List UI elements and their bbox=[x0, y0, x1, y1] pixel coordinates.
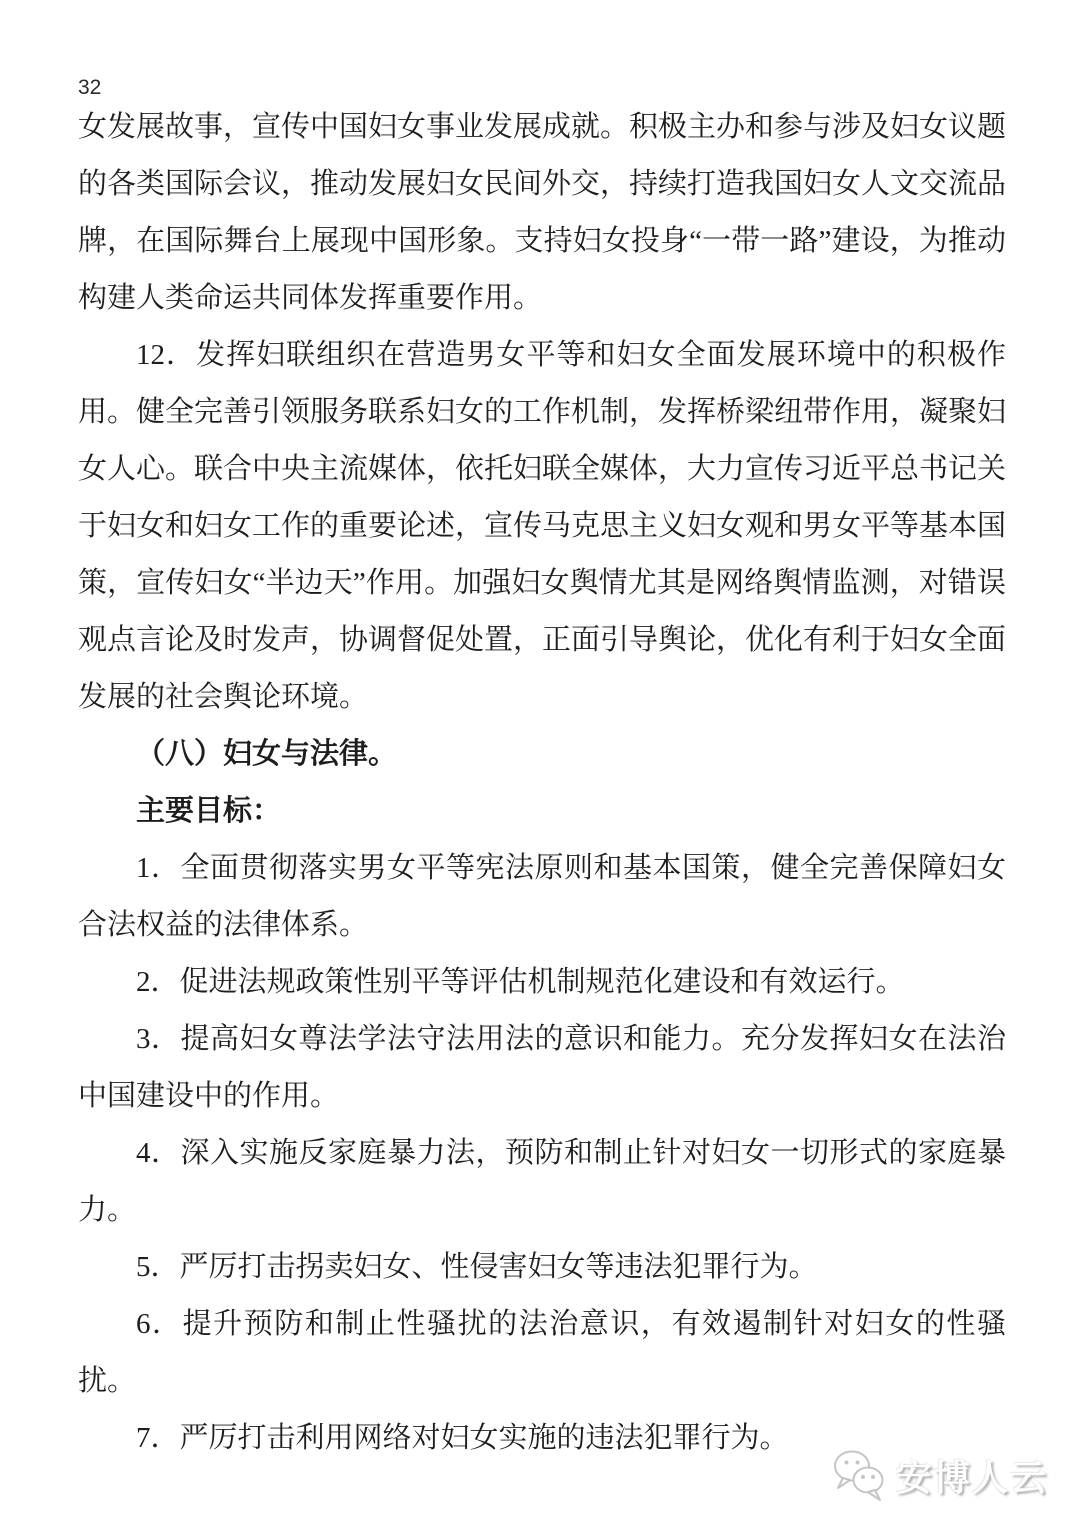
page-number: 32 bbox=[78, 76, 101, 100]
subheading-main-goals: 主要目标： bbox=[78, 783, 1006, 840]
para-international-exchange: 女发展故事，宣传中国妇女事业发展成就。积极主办和参与涉及妇女议题的各类国际会议，… bbox=[78, 99, 1006, 327]
goal-2: 2．促进法规政策性别平等评估机制规范化建设和有效运行。 bbox=[78, 954, 1006, 1011]
watermark-label: 安博人云 bbox=[896, 1450, 1048, 1501]
section-heading-women-and-law: （八）妇女与法律。 bbox=[78, 726, 1006, 783]
para-item-12: 12．发挥妇联组织在营造男女平等和妇女全面发展环境中的积极作用。健全完善引领服务… bbox=[78, 327, 1006, 726]
goal-3: 3．提高妇女尊法学法守法用法的意识和能力。充分发挥妇女在法治中国建设中的作用。 bbox=[78, 1011, 1006, 1125]
goal-5: 5．严厉打击拐卖妇女、性侵害妇女等违法犯罪行为。 bbox=[78, 1239, 1006, 1296]
watermark: 安博人云 bbox=[830, 1447, 1048, 1503]
goal-6: 6．提升预防和制止性骚扰的法治意识，有效遏制针对妇女的性骚扰。 bbox=[78, 1296, 1006, 1410]
goal-1: 1．全面贯彻落实男女平等宪法原则和基本国策，健全完善保障妇女合法权益的法律体系。 bbox=[78, 840, 1006, 954]
goal-4: 4．深入实施反家庭暴力法，预防和制止针对妇女一切形式的家庭暴力。 bbox=[78, 1125, 1006, 1239]
document-page: 32 女发展故事，宣传中国妇女事业发展成就。积极主办和参与涉及妇女议题的各类国际… bbox=[0, 0, 1080, 1527]
document-body: 女发展故事，宣传中国妇女事业发展成就。积极主办和参与涉及妇女议题的各类国际会议，… bbox=[78, 99, 1006, 1467]
wechat-icon bbox=[830, 1447, 888, 1503]
